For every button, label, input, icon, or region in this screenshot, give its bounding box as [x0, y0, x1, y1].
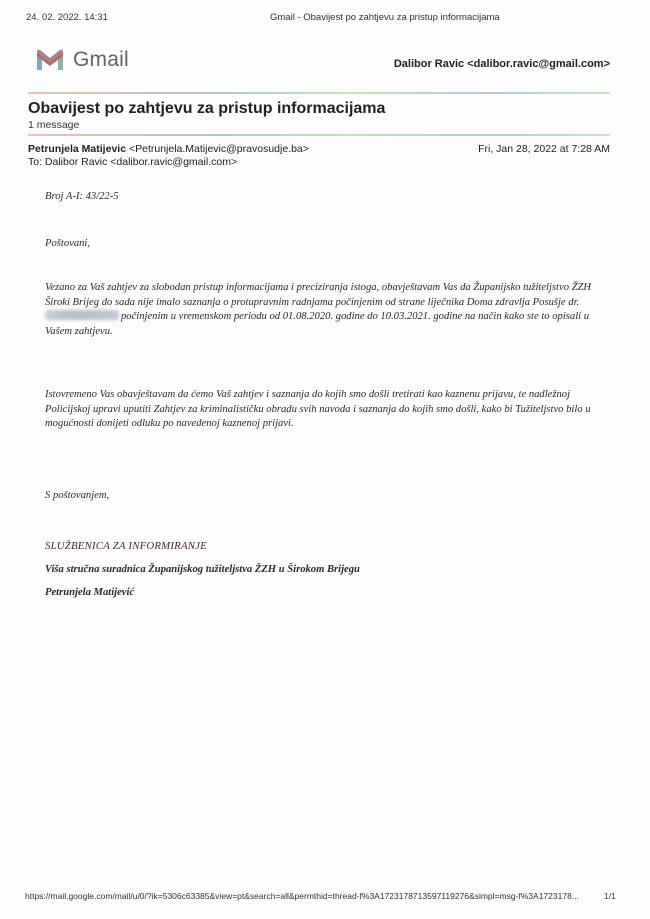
- paragraph-1-start: Vezano za Vaš zahtjev za slobodan pristu…: [45, 282, 591, 308]
- print-title: Gmail - Obavijest po zahtjevu za pristup…: [270, 12, 500, 23]
- message-count: 1 message: [28, 119, 79, 131]
- sender: Petrunjela Matijevic <Petrunjela.Matijev…: [28, 143, 309, 155]
- signature-role: Viša stručna suradnica Županijskog tužit…: [45, 563, 615, 578]
- reference-number: Broj A-I: 43/22-5: [45, 190, 615, 205]
- page-number: 1/1: [604, 891, 616, 901]
- greeting: Poštovani,: [45, 237, 615, 252]
- paragraph-1-end: počinjenim u vremenskom periodu od 01.08…: [45, 311, 589, 337]
- signature-title: SLUŽBENICA ZA INFORMIRANJE: [45, 539, 615, 554]
- signature-name: Petrunjela Matijević: [45, 586, 615, 601]
- closing: S poštovanjem,: [45, 489, 615, 504]
- print-header: 24. 02. 2022. 14:31 Gmail - Obavijest po…: [0, 12, 650, 26]
- footer-url: https://mail.google.com/mail/u/0/?ik=530…: [25, 891, 579, 901]
- subject-divider: [28, 134, 610, 136]
- sender-email: <Petrunjela.Matijevic@pravosudje.ba>: [129, 143, 309, 155]
- message-date: Fri, Jan 28, 2022 at 7:28 AM: [478, 143, 610, 155]
- gmail-logo: Gmail: [35, 48, 129, 72]
- account-label: Dalibor Ravic <dalibor.ravic@gmail.com>: [394, 58, 610, 70]
- header-divider: [28, 92, 610, 94]
- gmail-m-icon: [35, 48, 65, 72]
- print-date: 24. 02. 2022. 14:31: [26, 12, 108, 23]
- gmail-wordmark: Gmail: [73, 48, 129, 72]
- sender-name: Petrunjela Matijevic: [28, 143, 126, 155]
- thread-subject: Obavijest po zahtjevu za pristup informa…: [28, 100, 385, 118]
- redacted-name: [45, 310, 119, 320]
- print-footer: https://mail.google.com/mail/u/0/?ik=530…: [0, 891, 650, 905]
- recipient: To: Dalibor Ravic <dalibor.ravic@gmail.c…: [28, 156, 237, 168]
- paragraph-1: Vezano za Vaš zahtjev za slobodan pristu…: [45, 281, 615, 339]
- paragraph-2: Istovremeno Vas obavještavam da ćemo Vaš…: [45, 388, 615, 432]
